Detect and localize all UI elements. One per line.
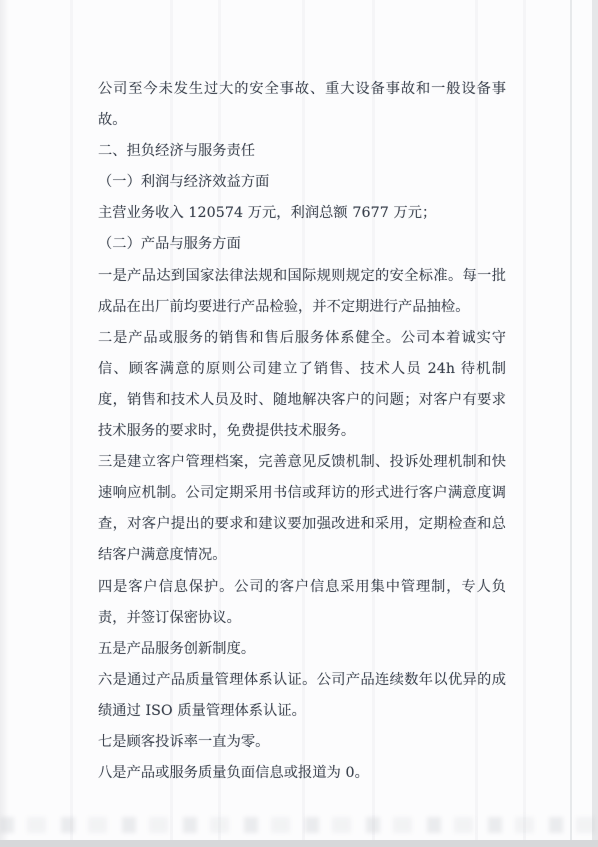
paragraph-item-8: 八是产品或服务质量负面信息或报道为 0。: [98, 758, 506, 789]
scan-page-fold-line: [570, 0, 572, 847]
scan-bottom-band: [0, 840, 598, 847]
document-text-block: 公司至今未发生过大的安全事故、重大设备事故和一般设备事故。 二、担负经济与服务责…: [98, 74, 506, 789]
paragraph-item-5: 五是产品服务创新制度。: [98, 634, 506, 665]
paragraph-item-2: 二是产品或服务的销售和售后服务体系健全。公司本着诚实守信、顾客满意的原则公司建立…: [98, 323, 506, 447]
paragraph-revenue-profit: 主营业务收入 120574 万元，利润总额 7677 万元；: [98, 198, 506, 229]
scan-bottom-paper-edge: [0, 817, 598, 833]
paragraph-item-1: 一是产品达到国家法律法规和国际规则规定的安全标准。每一批成品在出厂前均要进行产品…: [98, 261, 506, 323]
scan-streak: [70, 0, 73, 847]
heading-section-2: 二、担负经济与服务责任: [98, 136, 506, 167]
scanned-document-page: 公司至今未发生过大的安全事故、重大设备事故和一般设备事故。 二、担负经济与服务责…: [0, 0, 598, 847]
scan-right-edge-band: [592, 0, 598, 847]
paragraph-safety-record: 公司至今未发生过大的安全事故、重大设备事故和一般设备事故。: [98, 74, 506, 136]
paragraph-item-7: 七是顾客投诉率一直为零。: [98, 727, 506, 758]
heading-subsection-1: （一）利润与经济效益方面: [98, 167, 506, 198]
heading-subsection-2: （二）产品与服务方面: [98, 229, 506, 260]
paragraph-item-4: 四是客户信息保护。公司的客户信息采用集中管理制，专人负责，并签订保密协议。: [98, 572, 506, 634]
paragraph-item-3: 三是建立客户管理档案，完善意见反馈机制、投诉处理机制和快速响应机制。公司定期采用…: [98, 447, 506, 571]
paragraph-item-6: 六是通过产品质量管理体系认证。公司产品连续数年以优异的成绩通过 ISO 质量管理…: [98, 665, 506, 727]
scan-streak: [523, 0, 526, 847]
scan-left-edge-shading: [0, 0, 9, 847]
